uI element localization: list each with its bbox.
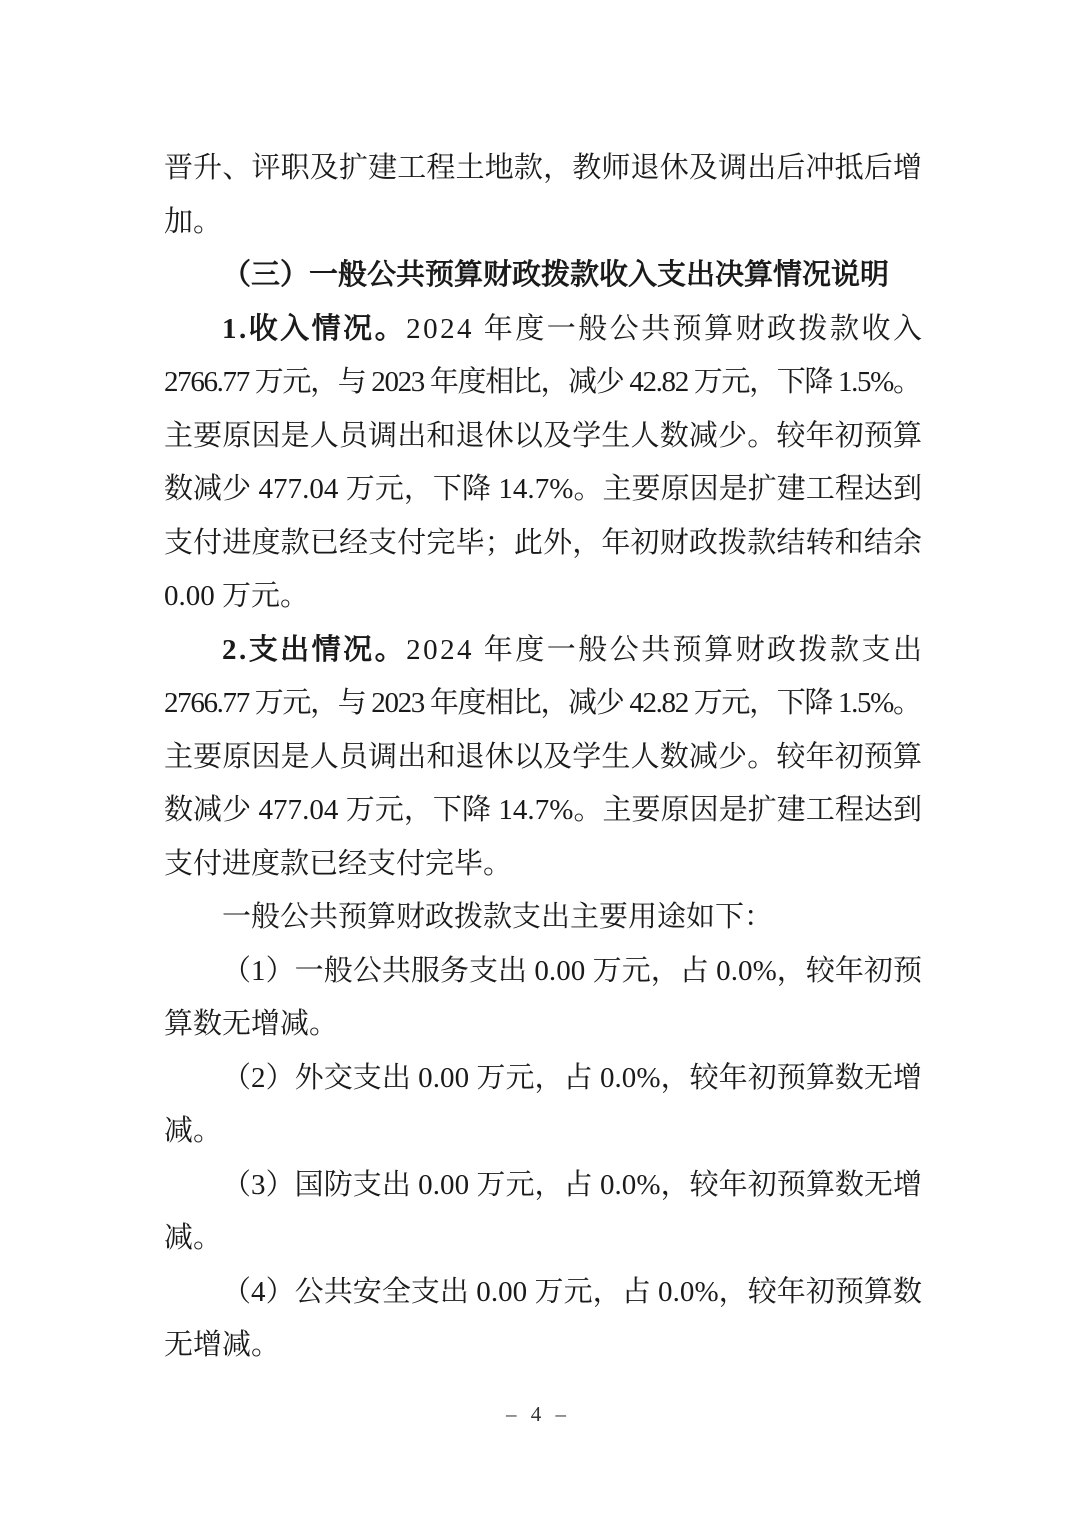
text-run: 晋升、评职及扩建工程土地款，教师退休及调出后冲抵后增 bbox=[164, 152, 922, 184]
text-line: （4）公共安全支出 0.00 万元，占 0.0%，较年初预算数 bbox=[164, 1266, 922, 1320]
text-run: （2）外交支出 0.00 万元，占 0.0%，较年初预算数无增 bbox=[222, 1062, 922, 1094]
text-run: 2024 年度一般公共预算财政拨款收入 bbox=[406, 313, 924, 345]
text-line: 数减少 477.04 万元，下降 14.7%。主要原因是扩建工程达到 bbox=[164, 463, 922, 517]
para-expense: 2.支出情况。2024 年度一般公共预算财政拨款支出2766.77 万元，与 2… bbox=[164, 624, 922, 892]
text-run-group: 0.00 万元。 bbox=[164, 580, 309, 612]
text-run-group: 支付进度款已经支付完毕；此外，年初财政拨款结转和结余 bbox=[164, 527, 922, 559]
heading-section-3: （三）一般公共预算财政拨款收入支出决算情况说明 bbox=[164, 249, 922, 303]
text-run: 2766.77 万元，与 2023 年度相比，减少 42.82 万元，下降 1.… bbox=[164, 366, 921, 398]
text-run: （3）国防支出 0.00 万元，占 0.0%，较年初预算数无增 bbox=[222, 1169, 922, 1201]
text-line: 2.支出情况。2024 年度一般公共预算财政拨款支出 bbox=[164, 624, 922, 678]
para-usage-item-4: （4）公共安全支出 0.00 万元，占 0.0%，较年初预算数无增减。 bbox=[164, 1266, 922, 1373]
text-run-group: （三）一般公共预算财政拨款收入支出决算情况说明 bbox=[222, 259, 889, 291]
para-usage-item-3: （3）国防支出 0.00 万元，占 0.0%，较年初预算数无增减。 bbox=[164, 1159, 922, 1266]
para-usage-item-2: （2）外交支出 0.00 万元，占 0.0%，较年初预算数无增减。 bbox=[164, 1052, 922, 1159]
text-run-group: 数减少 477.04 万元，下降 14.7%。主要原因是扩建工程达到 bbox=[164, 794, 922, 826]
text-run-group: 1.收入情况。2024 年度一般公共预算财政拨款收入 bbox=[222, 313, 924, 345]
text-run-group: 数减少 477.04 万元，下降 14.7%。主要原因是扩建工程达到 bbox=[164, 473, 922, 505]
text-run: 支付进度款已经支付完毕。 bbox=[164, 848, 512, 880]
text-run-group: （2）外交支出 0.00 万元，占 0.0%，较年初预算数无增 bbox=[222, 1062, 922, 1094]
text-run: 主要原因是人员调出和退休以及学生人数减少。较年初预算 bbox=[164, 420, 922, 452]
text-run-group: （3）国防支出 0.00 万元，占 0.0%，较年初预算数无增 bbox=[222, 1169, 922, 1201]
document-body: 晋升、评职及扩建工程土地款，教师退休及调出后冲抵后增加。（三）一般公共预算财政拨… bbox=[164, 142, 922, 1373]
text-run-group: 2.支出情况。2024 年度一般公共预算财政拨款支出 bbox=[222, 634, 924, 666]
text-run-group: （4）公共安全支出 0.00 万元，占 0.0%，较年初预算数 bbox=[222, 1276, 922, 1308]
text-line: 2766.77 万元，与 2023 年度相比，减少 42.82 万元，下降 1.… bbox=[164, 356, 922, 410]
para-usage-intro: 一般公共预算财政拨款支出主要用途如下： bbox=[164, 891, 922, 945]
text-run: 支付进度款已经支付完毕；此外，年初财政拨款结转和结余 bbox=[164, 527, 922, 559]
para-income: 1.收入情况。2024 年度一般公共预算财政拨款收入2766.77 万元，与 2… bbox=[164, 303, 922, 624]
text-line: 2766.77 万元，与 2023 年度相比，减少 42.82 万元，下降 1.… bbox=[164, 677, 922, 731]
text-line: 一般公共预算财政拨款支出主要用途如下： bbox=[164, 891, 922, 945]
text-run-group: （1）一般公共服务支出 0.00 万元，占 0.0%，较年初预 bbox=[222, 955, 922, 987]
text-run-group: 减。 bbox=[164, 1115, 222, 1147]
text-run: 减。 bbox=[164, 1115, 222, 1147]
text-run: 2024 年度一般公共预算财政拨款支出 bbox=[406, 634, 924, 666]
text-run: 数减少 477.04 万元，下降 14.7%。主要原因是扩建工程达到 bbox=[164, 794, 922, 826]
text-run: 数减少 477.04 万元，下降 14.7%。主要原因是扩建工程达到 bbox=[164, 473, 922, 505]
page-number: – 4 – bbox=[506, 1402, 569, 1426]
text-line: （1）一般公共服务支出 0.00 万元，占 0.0%，较年初预 bbox=[164, 945, 922, 999]
text-line: 算数无增减。 bbox=[164, 998, 922, 1052]
text-run-group: 加。 bbox=[164, 206, 222, 238]
text-line: 晋升、评职及扩建工程土地款，教师退休及调出后冲抵后增 bbox=[164, 142, 922, 196]
text-run-group: 支付进度款已经支付完毕。 bbox=[164, 848, 512, 880]
text-line: 支付进度款已经支付完毕；此外，年初财政拨款结转和结余 bbox=[164, 517, 922, 571]
text-line: （3）国防支出 0.00 万元，占 0.0%，较年初预算数无增 bbox=[164, 1159, 922, 1213]
bold-text-run: 1.收入情况。 bbox=[222, 313, 406, 345]
text-run: 减。 bbox=[164, 1222, 222, 1254]
text-run: （1）一般公共服务支出 0.00 万元，占 0.0%，较年初预 bbox=[222, 955, 922, 987]
text-run-group: 一般公共预算财政拨款支出主要用途如下： bbox=[222, 901, 773, 933]
bold-text-run: 2.支出情况。 bbox=[222, 634, 406, 666]
text-run-group: 算数无增减。 bbox=[164, 1008, 338, 1040]
text-run-group: 主要原因是人员调出和退休以及学生人数减少。较年初预算 bbox=[164, 420, 922, 452]
text-run: （4）公共安全支出 0.00 万元，占 0.0%，较年初预算数 bbox=[222, 1276, 922, 1308]
text-run-group: 晋升、评职及扩建工程土地款，教师退休及调出后冲抵后增 bbox=[164, 152, 922, 184]
text-line: 1.收入情况。2024 年度一般公共预算财政拨款收入 bbox=[164, 303, 922, 357]
text-run: （三）一般公共预算财政拨款收入支出决算情况说明 bbox=[222, 259, 889, 291]
text-run-group: 无增减。 bbox=[164, 1329, 280, 1361]
para-continuation: 晋升、评职及扩建工程土地款，教师退休及调出后冲抵后增加。 bbox=[164, 142, 922, 249]
text-line: 减。 bbox=[164, 1105, 922, 1159]
text-line: 加。 bbox=[164, 196, 922, 250]
text-line: （2）外交支出 0.00 万元，占 0.0%，较年初预算数无增 bbox=[164, 1052, 922, 1106]
page-footer: – 4 – bbox=[0, 1402, 1075, 1427]
text-line: 支付进度款已经支付完毕。 bbox=[164, 838, 922, 892]
document-page: 晋升、评职及扩建工程土地款，教师退休及调出后冲抵后增加。（三）一般公共预算财政拨… bbox=[0, 0, 1075, 1520]
text-line: 减。 bbox=[164, 1212, 922, 1266]
text-run: 0.00 万元。 bbox=[164, 580, 309, 612]
text-run-group: 减。 bbox=[164, 1222, 222, 1254]
text-run: 加。 bbox=[164, 206, 222, 238]
text-line: 0.00 万元。 bbox=[164, 570, 922, 624]
text-run-group: 主要原因是人员调出和退休以及学生人数减少。较年初预算 bbox=[164, 741, 922, 773]
text-run: 无增减。 bbox=[164, 1329, 280, 1361]
text-run-group: 2766.77 万元，与 2023 年度相比，减少 42.82 万元，下降 1.… bbox=[164, 366, 921, 398]
text-run-group: 2766.77 万元，与 2023 年度相比，减少 42.82 万元，下降 1.… bbox=[164, 687, 921, 719]
text-line: 主要原因是人员调出和退休以及学生人数减少。较年初预算 bbox=[164, 410, 922, 464]
text-line: （三）一般公共预算财政拨款收入支出决算情况说明 bbox=[164, 249, 922, 303]
text-run: 主要原因是人员调出和退休以及学生人数减少。较年初预算 bbox=[164, 741, 922, 773]
text-line: 无增减。 bbox=[164, 1319, 922, 1373]
text-run: 一般公共预算财政拨款支出主要用途如下： bbox=[222, 901, 773, 933]
text-line: 数减少 477.04 万元，下降 14.7%。主要原因是扩建工程达到 bbox=[164, 784, 922, 838]
text-run: 算数无增减。 bbox=[164, 1008, 338, 1040]
text-run: 2766.77 万元，与 2023 年度相比，减少 42.82 万元，下降 1.… bbox=[164, 687, 921, 719]
text-line: 主要原因是人员调出和退休以及学生人数减少。较年初预算 bbox=[164, 731, 922, 785]
para-usage-item-1: （1）一般公共服务支出 0.00 万元，占 0.0%，较年初预算数无增减。 bbox=[164, 945, 922, 1052]
